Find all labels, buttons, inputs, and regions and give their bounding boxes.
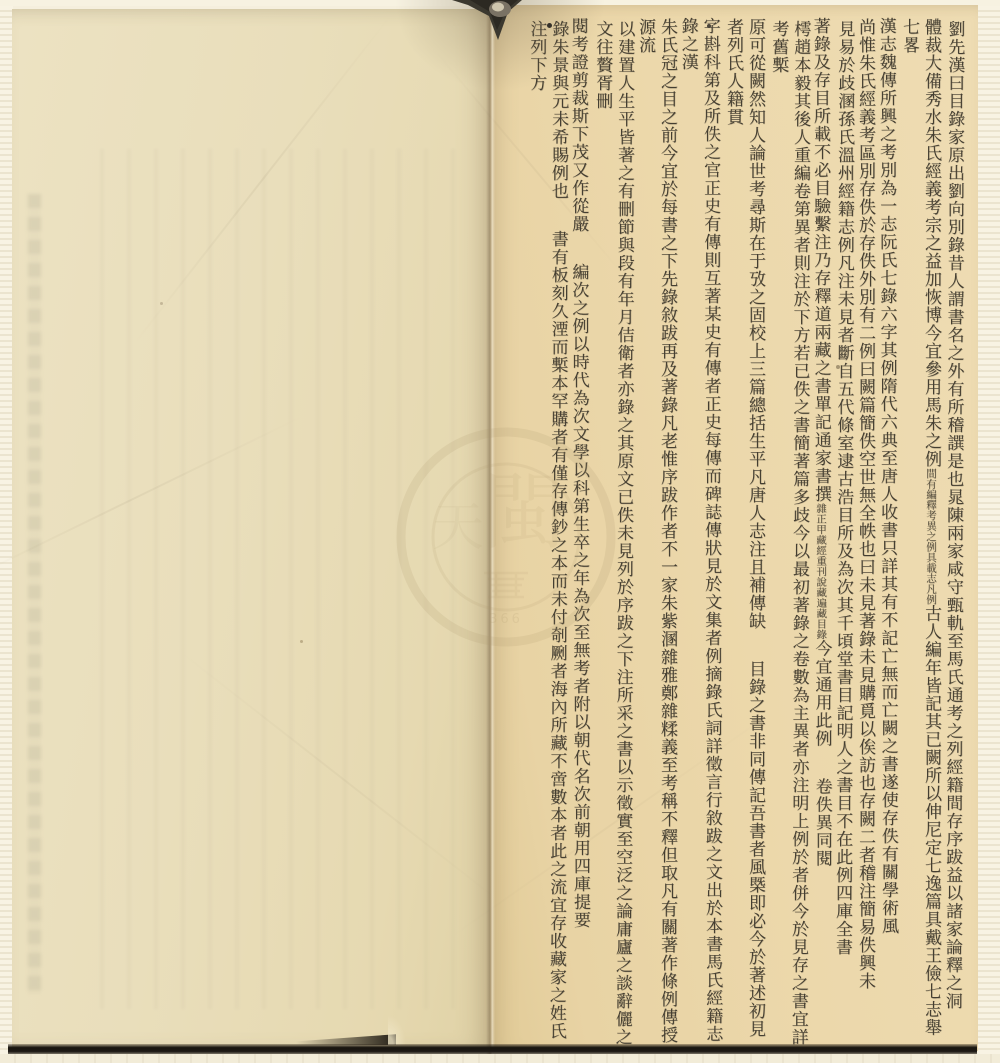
manuscript-text: 劉先漢曰目錄家原出劉向別錄昔人謂書名之外有所稽譔是也晁陳兩家咸守甄軌至馬氏通考之… — [672, 18, 964, 1052]
library-stamp: 閩 天 366 — [392, 423, 620, 651]
foxing-speck — [930, 702, 933, 705]
binding-notch — [440, 0, 570, 60]
manuscript-column: 著錄及存目所載不必目驗繫注乃存釋道兩藏之書單記通家書撰雜正甲藏經重刊說藏遍藏目錄… — [809, 17, 834, 1051]
manuscript-column: 漢志魏傳所興之考別為一志阮氏七錄六字其例隋代六典至唐人收書只詳其有不記亡無而亡闕… — [875, 17, 900, 1051]
seal-character-main: 閩 — [482, 463, 566, 561]
book-scan: 劉先漢曰目錄家原出劉向別錄昔人謂書名之外有所稽譔是也晁陳兩家咸守甄軌至馬氏通考之… — [0, 0, 1000, 1063]
scan-edge-bottom — [0, 1054, 1000, 1063]
foxing-speck — [836, 365, 840, 369]
manuscript-column: 朱氏冠之目之前今宜於每書之下先錄敘跋再及著錄凡老惟序跋作者不一家朱紫溷雜雅鄭雜糅… — [634, 18, 678, 1052]
wormhole-speck — [707, 24, 711, 28]
manuscript-column: 原可從闕然知人論世考尋斯在于攷之固校上三篇總括生平凡唐人志注且補傳缺目錄之書非同… — [722, 18, 766, 1052]
page-corner-curl — [388, 1015, 406, 1045]
manuscript-column: 尚惟朱氏經義考區別存佚於存佚外別有二例曰闕篇簡佚空世無全帙也曰未見著錄未見購覓以… — [854, 18, 876, 1052]
foxing-speck — [300, 640, 303, 643]
manuscript-column: 體裁大備秀水朱氏經義考宗之益加恢博今宜參用馬朱之例間有編釋考異之例具載志凡例古人… — [898, 18, 942, 1052]
manuscript-column: 劉先漢曰目錄家原出劉向別錄昔人謂書名之外有所稽譔是也晁陳兩家咸守甄軌至馬氏通考之… — [941, 20, 966, 1054]
stamp-digits: 366 — [489, 612, 523, 627]
bleedthrough-column — [28, 194, 41, 994]
wormhole-speck — [547, 23, 552, 28]
manuscript-column: 見易於歧溷孫氏溫州經籍志例凡注未見者斷自五代條室逮古浩目所及為次其千頃堂書目記明… — [831, 20, 856, 1054]
scan-edge-right — [977, 0, 1000, 1063]
manuscript-column: 字斟科第及所佚之官正史有傳則互著某史有傳者正史每傳而碑誌傳狀見於文集者例摘錄氏詞… — [677, 17, 724, 1051]
foxing-speck — [160, 302, 163, 305]
manuscript-column: 樗趙本毅其後人重編卷第異者則注於下方若已佚之書簡著篇多歧今以最初著錄之卷數為主異… — [765, 20, 812, 1054]
seal-character-side: 天 — [432, 498, 484, 558]
pavilion-icon — [484, 573, 528, 597]
book-edge — [8, 1044, 977, 1054]
